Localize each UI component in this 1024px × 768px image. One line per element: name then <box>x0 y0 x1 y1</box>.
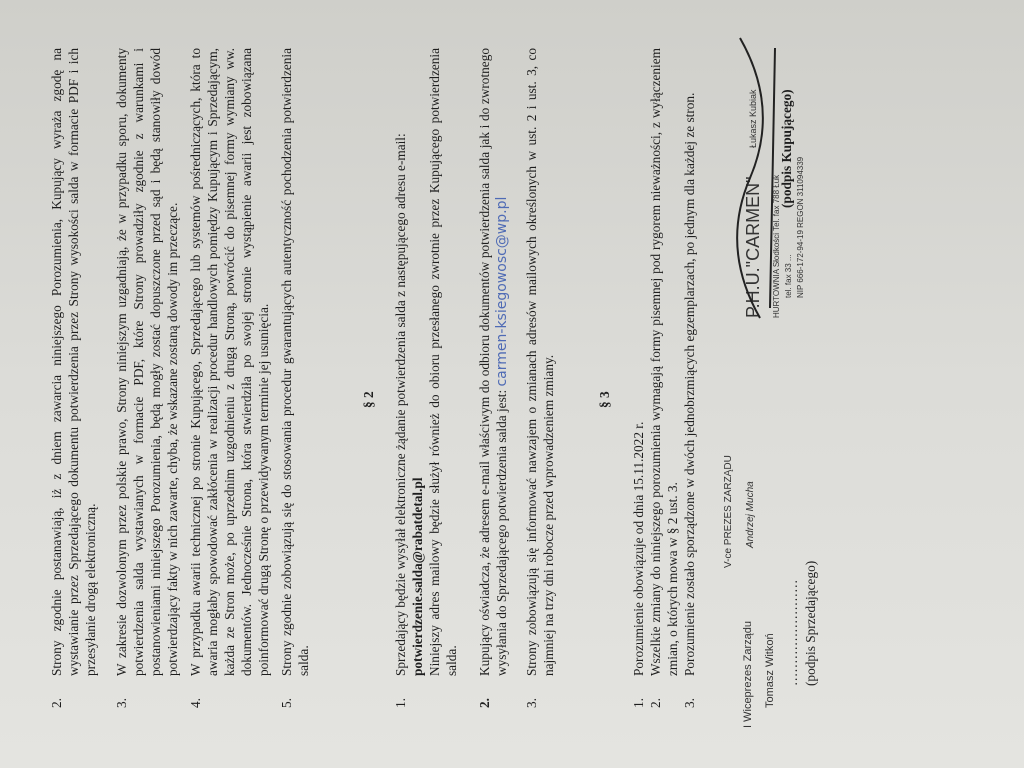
list-item: 3.Strony zobowiązują się informować nawz… <box>523 48 557 708</box>
list-item: 4.W przypadku awarii technicznej po stro… <box>187 48 272 708</box>
section-2: 1.Sprzedający będzie wysyłał elektronicz… <box>392 48 563 708</box>
list-item: 2.Wszelkie zmiany do niniejszego porozum… <box>647 48 681 708</box>
document-page: 2.Strony zgodnie postanawiają, iż z dnie… <box>0 0 1024 768</box>
seller-name-2: Andrzej Mucha <box>742 481 759 548</box>
list-item: 2.Kupujący oświadcza, że adresem e-mail … <box>476 48 511 708</box>
seller-stamp-2: V-ce PREZES ZARZĄDU <box>720 455 737 568</box>
seller-stamp-1: I Wiceprezes Zarządu <box>740 621 757 728</box>
list-item: 3.W zakresie dozwolonym przez polskie pr… <box>113 48 181 708</box>
section-1: 2.Strony zgodnie postanawiają, iż z dnie… <box>48 48 318 708</box>
list-item: 1.Sprzedający będzie wysyłał elektronicz… <box>392 48 460 708</box>
email-address: potwierdzenie.salda@rabatdetal.pl <box>410 477 425 676</box>
seller-name-1: Tomasz Witkoń <box>762 633 779 708</box>
handwritten-email: carmen-ksiegowosc@wp.pl <box>494 197 510 387</box>
buyer-signature-scribble <box>700 28 800 328</box>
section-3: 1.Porozumienie obowiązuje od dnia 15.11.… <box>630 48 704 708</box>
section-heading: § 3 <box>596 391 613 408</box>
seller-signature-label: (podpis Sprzedającego) <box>802 561 819 686</box>
list-item: 3.Porozumienie zostało sporządzone w dwó… <box>681 48 698 708</box>
list-item: 5.Strony zgodnie zobowiązują się do stos… <box>278 48 312 708</box>
list-item: 1.Porozumienie obowiązuje od dnia 15.11.… <box>630 48 647 708</box>
section-heading: § 2 <box>360 391 377 408</box>
list-item: 2.Strony zgodnie postanawiają, iż z dnie… <box>48 48 99 708</box>
